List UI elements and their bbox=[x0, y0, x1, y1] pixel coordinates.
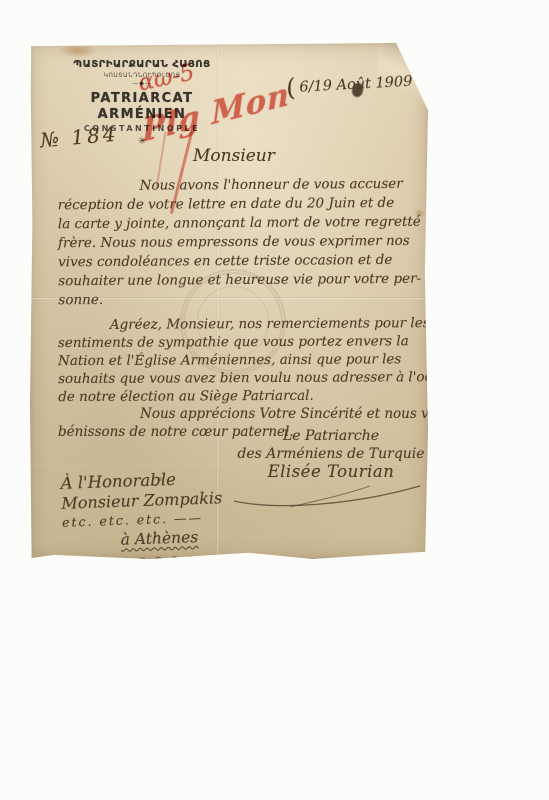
body-line: souhaiter une longue et heureuse vie pou… bbox=[58, 270, 421, 292]
body-line: frère. Nous nous empressons de vous expr… bbox=[58, 232, 421, 254]
letterhead-armenian-title: ՊԱՏՐԻԱՐՔԱՐԱՆ ՀԱՅՈՑ bbox=[56, 59, 228, 70]
body-line: Agréez, Monsieur, nos remerciements pour… bbox=[58, 314, 476, 334]
body-line: souhaits que vous avez bien voulu nous a… bbox=[58, 368, 476, 388]
letter-paper: ՊԱՏՐԻԱՐՔԱՐԱՆ ՀԱՅՈՑ ԿՈՍՏԱՆԴՆՈՒՊՕԼՍՈՅ —◆— … bbox=[30, 43, 428, 559]
date-text: 6/19 Août 1909 bbox=[299, 74, 413, 96]
body-line: Nous apprécions Votre Sincérité et nous … bbox=[58, 405, 452, 423]
body-line: sentiments de sympathie que vous portez … bbox=[58, 332, 476, 352]
signature-title-2: des Arméniens de Turquie bbox=[235, 445, 427, 463]
recipient-line-4: à Athènes bbox=[120, 526, 224, 551]
signature-name: Elisée Tourian bbox=[235, 463, 427, 481]
body-line: sonne. bbox=[58, 289, 421, 311]
body-line: vives condoléances en cette triste occas… bbox=[58, 251, 421, 273]
signature-block: Le Patriarche des Arméniens de Turquie E… bbox=[235, 427, 427, 481]
recipient-block: À l'Honorable Monsieur Zompakis etc. etc… bbox=[60, 468, 224, 571]
stain-top-left bbox=[58, 43, 98, 58]
signature-title-1: Le Patriarche bbox=[235, 427, 427, 445]
reference-number: № 184 bbox=[39, 122, 119, 153]
body-line: Nation et l'Église Arméniennes, ainsi qu… bbox=[58, 350, 476, 370]
body-line: Nous avons l'honneur de vous accuser bbox=[58, 175, 421, 197]
paragraph-2: Agréez, Monsieur, nos remerciements pour… bbox=[58, 314, 476, 406]
body-line: de notre élection au Siège Patriarcal. bbox=[58, 386, 476, 406]
signature-flourish bbox=[230, 481, 430, 509]
wavy-underline bbox=[121, 555, 199, 564]
paragraph-1: Nous avons l'honneur de vous accuser réc… bbox=[58, 175, 422, 311]
body-line: la carte y jointe, annonçant la mort de … bbox=[58, 213, 421, 235]
body-line: réception de votre lettre en date du 20 … bbox=[58, 194, 421, 216]
salutation: Monsieur bbox=[193, 146, 275, 166]
